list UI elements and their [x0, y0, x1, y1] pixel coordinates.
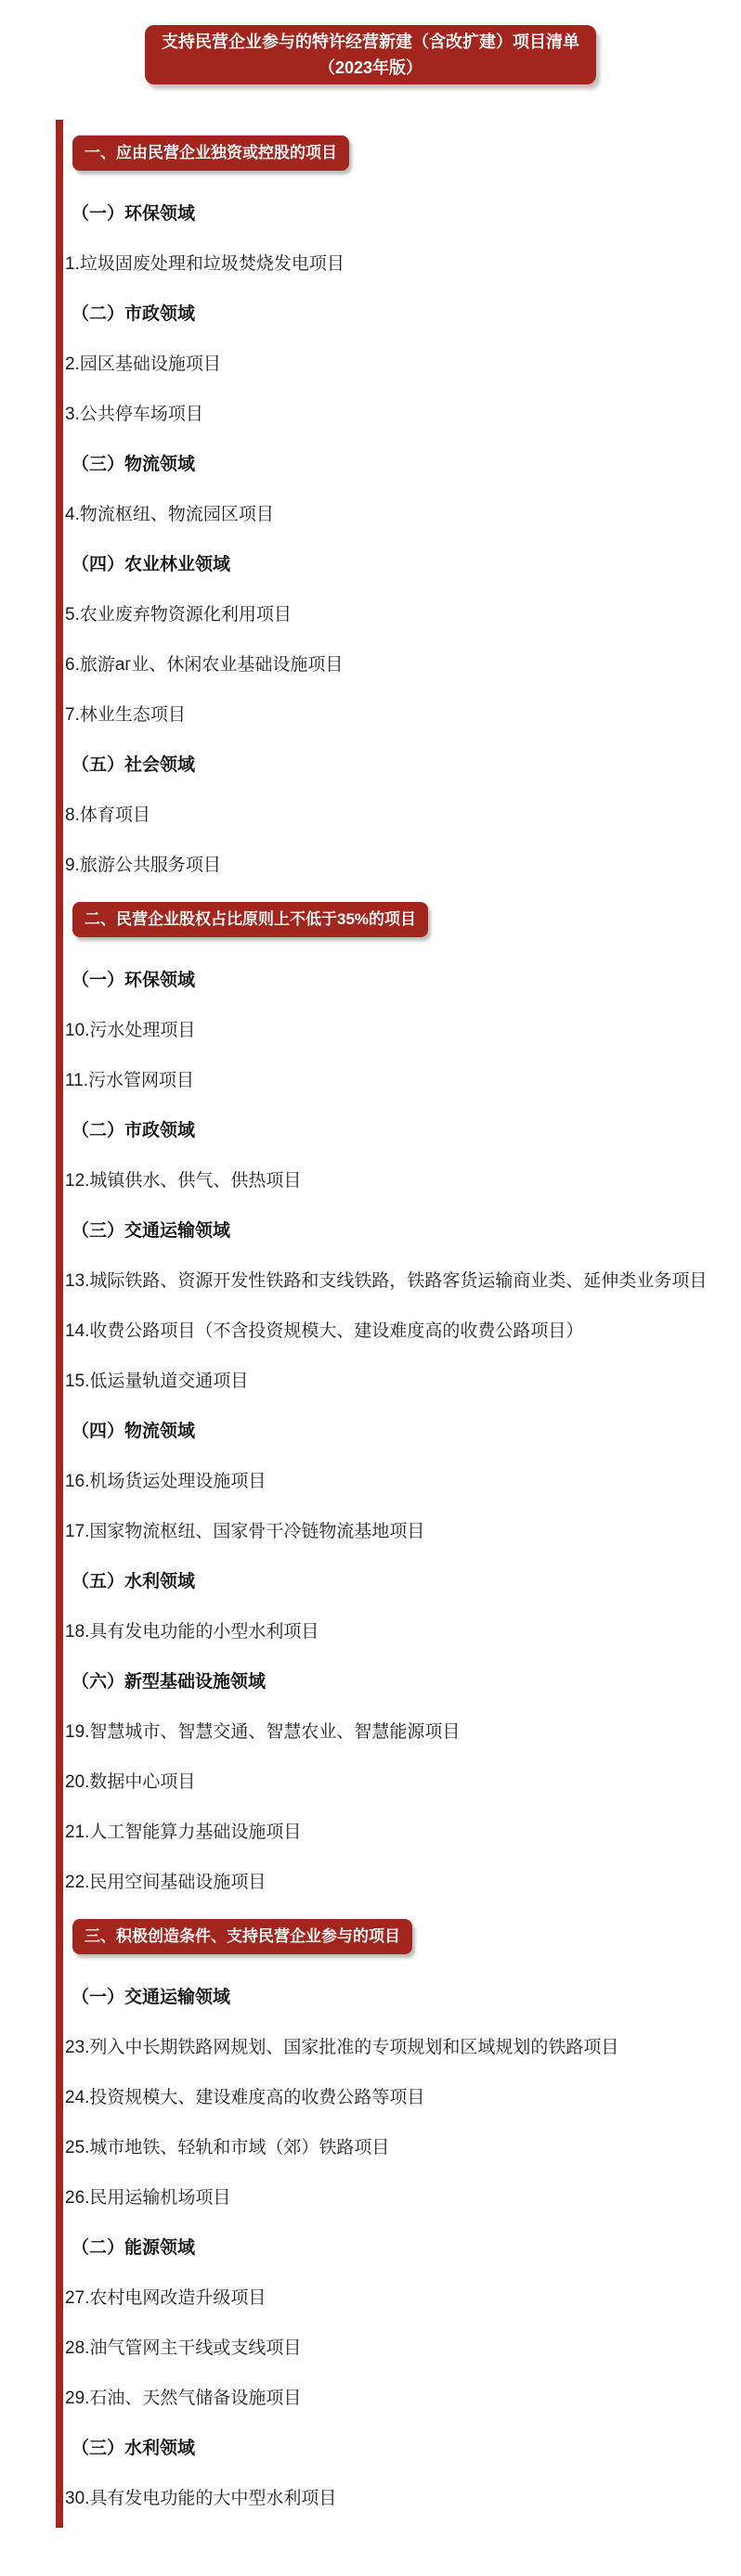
project-item: 27.农村电网改造升级项目 [63, 2273, 741, 2324]
subsection-heading: （二）市政领域 [63, 290, 741, 340]
document-title-line1: 支持民营企业参与的特许经营新建（含改扩建）项目清单 [162, 29, 579, 55]
project-item: 30.具有发电功能的大中型水利项目 [63, 2474, 741, 2524]
project-item: 8.体育项目 [63, 791, 741, 841]
project-item: 25.城市地铁、轻轨和市域（郊）铁路项目 [63, 2123, 741, 2173]
section-heading: 二、民营企业股权占比原则上不低于35%的项目 [72, 902, 428, 937]
project-item: 6.旅游аг业、休闲农业基础设施项目 [63, 640, 741, 690]
project-item: 17.国家物流枢纽、国家骨干冷链物流基地项目 [63, 1507, 741, 1557]
project-item: 9.旅游公共服务项目 [63, 841, 741, 891]
document-title-box: 支持民营企业参与的特许经营新建（含改扩建）项目清单 （2023年版） [145, 25, 596, 84]
subsection-heading: （六）新型基础设施领域 [63, 1657, 741, 1707]
project-item: 2.园区基础设施项目 [63, 340, 741, 390]
project-list-card: 一、应由民营企业独资或控股的项目 （一）环保领域1.垃圾固废处理和垃圾焚烧发电项… [56, 120, 741, 2528]
project-item: 7.林业生态项目 [63, 690, 741, 741]
section-block: 二、民营企业股权占比原则上不低于35%的项目 （一）环保领域10.污水处理项目1… [63, 891, 741, 1908]
subsection-heading: （四）农业林业领域 [63, 540, 741, 590]
project-item: 15.低运量轨道交通项目 [63, 1357, 741, 1407]
subsection-heading: （三）水利领域 [63, 2424, 741, 2474]
project-item: 16.机场货运处理设施项目 [63, 1457, 741, 1507]
section-block: 三、积极创造条件、支持民营企业参与的项目 （一）交通运输领域23.列入中长期铁路… [63, 1908, 741, 2524]
project-item: 13.城际铁路、资源开发性铁路和支线铁路，铁路客货运输商业类、延伸类业务项目 [63, 1256, 741, 1307]
project-item: 21.人工智能算力基础设施项目 [63, 1808, 741, 1858]
section-block: 一、应由民营企业独资或控股的项目 （一）环保领域1.垃圾固废处理和垃圾焚烧发电项… [63, 120, 741, 891]
project-item: 29.石油、天然气储备设施项目 [63, 2374, 741, 2424]
project-item: 14.收费公路项目（不含投资规模大、建设难度高的收费公路项目） [63, 1307, 741, 1357]
subsection-heading: （一）环保领域 [63, 956, 741, 1006]
project-item: 28.油气管网主干线或支线项目 [63, 2324, 741, 2374]
project-item: 12.城镇供水、供气、供热项目 [63, 1156, 741, 1206]
section-rows: （一）环保领域1.垃圾固废处理和垃圾焚烧发电项目（二）市政领域2.园区基础设施项… [63, 189, 741, 891]
project-item: 19.智慧城市、智慧交通、智慧农业、智慧能源项目 [63, 1707, 741, 1758]
subsection-heading: （三）交通运输领域 [63, 1206, 741, 1256]
subsection-heading: （三）物流领域 [63, 440, 741, 490]
subsection-heading: （四）物流领域 [63, 1407, 741, 1457]
subsection-heading: （二）能源领域 [63, 2223, 741, 2273]
subsection-heading: （五）水利领域 [63, 1557, 741, 1607]
project-item: 22.民用空间基础设施项目 [63, 1858, 741, 1908]
subsection-heading: （一）交通运输领域 [63, 1973, 741, 2023]
document-title-line2: （2023年版） [162, 55, 579, 81]
section-rows: （一）环保领域10.污水处理项目11.污水管网项目（二）市政领域12.城镇供水、… [63, 956, 741, 1908]
section-heading: 一、应由民营企业独资或控股的项目 [72, 135, 349, 171]
section-rows: （一）交通运输领域23.列入中长期铁路网规划、国家批准的专项规划和区域规划的铁路… [63, 1973, 741, 2524]
subsection-heading: （二）市政领域 [63, 1106, 741, 1156]
project-item: 1.垃圾固废处理和垃圾焚烧发电项目 [63, 239, 741, 290]
project-item: 23.列入中长期铁路网规划、国家批准的专项规划和区域规划的铁路项目 [63, 2023, 741, 2073]
subsection-heading: （一）环保领域 [63, 189, 741, 239]
project-item: 20.数据中心项目 [63, 1758, 741, 1808]
project-item: 26.民用运输机场项目 [63, 2173, 741, 2223]
project-item: 3.公共停车场项目 [63, 390, 741, 440]
project-item: 11.污水管网项目 [63, 1056, 741, 1106]
subsection-heading: （五）社会领域 [63, 741, 741, 791]
project-item: 10.污水处理项目 [63, 1006, 741, 1056]
project-item: 5.农业废弃物资源化利用项目 [63, 590, 741, 640]
project-item: 4.物流枢纽、物流园区项目 [63, 490, 741, 540]
project-item: 24.投资规模大、建设难度高的收费公路等项目 [63, 2073, 741, 2123]
section-heading: 三、积极创造条件、支持民营企业参与的项目 [72, 1919, 412, 1954]
project-item: 18.具有发电功能的小型水利项目 [63, 1607, 741, 1657]
